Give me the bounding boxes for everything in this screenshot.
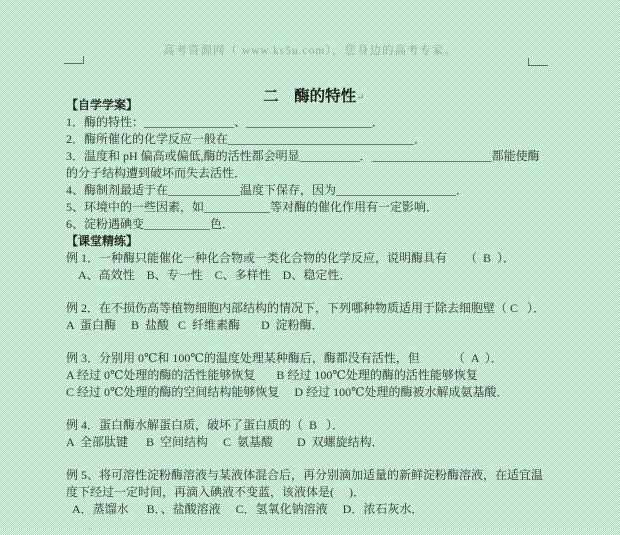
blank-line <box>66 334 562 350</box>
doc-line: 例 2．在不损伤高等植物细胞内部结构的情况下，下列哪种物质适用于除去细胞壁（ C… <box>66 300 562 317</box>
text-boundary-mark-left <box>64 56 84 64</box>
doc-line: 6、淀粉遇碘变___________色． <box>66 216 562 233</box>
document-lines: 【自学学案】1．酶的特性：_______________、___________… <box>66 97 562 535</box>
doc-line: 5、环境中的一些因素，如___________等对酶的催化作用有一定影响． <box>66 199 562 216</box>
doc-line: 的分子结构遭到破坏而失去活性． <box>66 165 562 182</box>
doc-line: 例 1．一种酶只能催化一种化合物或一类化合物的化学反应，说明酶具有 （ B ）． <box>66 250 562 267</box>
section-heading: 【课堂精练】 <box>66 233 562 250</box>
blank-line <box>66 451 562 467</box>
doc-line: 例 4．蛋白酶水解蛋白质，破坏了蛋白质的（ B ）． <box>66 417 562 434</box>
blank-line <box>66 401 562 417</box>
section-heading: 【自学学案】 <box>66 97 562 114</box>
doc-line: A．蒸馏水 B．、盐酸溶液 C．氢氧化钠溶液 D．浓石灰水． <box>66 501 562 518</box>
doc-line: 度下经过一定时间，再滴入碘液不变蓝，该液体是( )． <box>66 484 562 501</box>
text-boundary-mark-right <box>528 58 548 66</box>
doc-line: C 经过 0℃处理的酶的空间结构能够恢复 D 经过 100℃处理的酶被水解成氨基… <box>66 384 562 401</box>
paragraph-mark: ． <box>66 518 562 535</box>
watermark-text: 高考资源网（ www.ks5u.com），您身边的高考专家。 <box>0 42 620 58</box>
doc-line: A 蛋白酶 B 盐酸 C 纤维素酶 D 淀粉酶． <box>66 317 562 334</box>
blank-line <box>66 284 562 300</box>
doc-line: A 经过 0℃处理的酶的活性能够恢复 B 经过 100℃处理的酶的活性能够恢复 <box>66 367 562 384</box>
doc-line: A、高效性 B、专一性 C、多样性 D、稳定性． <box>66 267 562 284</box>
doc-line: 4、酶制剂最适于在____________温度下保存，因为___________… <box>66 182 562 199</box>
doc-line: 2．酶所催化的化学反应一般在__________________________… <box>66 131 562 148</box>
doc-line: 例 3．分别用 0℃和 100℃的温度处理某种酶后，酶都没有活性，但 （ A ）… <box>66 350 562 367</box>
doc-line: A 全部肽键 B 空间结构 C 氨基酸 D 双螺旋结构． <box>66 434 562 451</box>
doc-line: 1．酶的特性：_______________、_________________… <box>66 114 562 131</box>
doc-line: 例 5、将可溶性淀粉酶溶液与某液体混合后，再分别滴加适量的新鲜淀粉酶溶液，在适宜… <box>66 467 562 484</box>
doc-line: 3．温度和 pH 偏高或偏低,酶的活性都会明显__________．______… <box>66 148 562 165</box>
